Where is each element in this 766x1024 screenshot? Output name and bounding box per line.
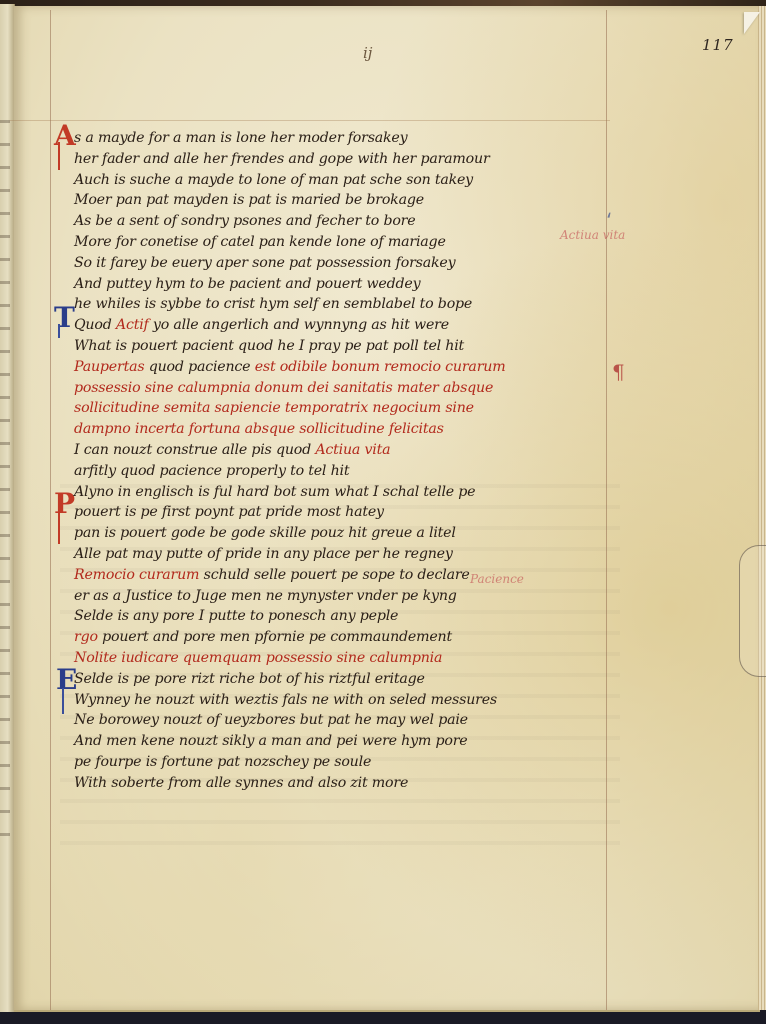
rubric: Nolite iudicare quemquam possessio sine … — [74, 650, 442, 666]
text-line: s a mayde for a man is lone her moder fo… — [74, 128, 734, 149]
manuscript-text-block: s a mayde for a man is lone her moder fo… — [74, 128, 734, 794]
page-fore-edge — [758, 6, 766, 1010]
text-line: And men kene nouzt sikly a man and pei w… — [74, 731, 734, 752]
text-line: Selde is pe pore rizt riche bot of his r… — [74, 669, 734, 690]
manuscript-viewport: ij 117 A T P E Actiua vita ⸲ ¶ Pacience … — [0, 0, 766, 1024]
blue-initial-2-tail — [58, 324, 60, 338]
text-line: Ne borowey nouzt of ueyzbores but pat he… — [74, 710, 734, 731]
page-corner-fold — [744, 12, 760, 34]
folio-number: 117 — [702, 36, 734, 54]
rubric: dampno incerta fortuna absque sollicitud… — [74, 421, 444, 437]
text-line: Selde is any pore I putte to ponesch any… — [74, 606, 734, 627]
text-line: Wynney he nouzt with weztis fals ne with… — [74, 690, 734, 711]
text-line: What is pouert pacient quod he I pray pe… — [74, 336, 734, 357]
text-line: Alle pat may putte of pride in any place… — [74, 544, 734, 565]
red-initial-1-tail — [58, 142, 60, 170]
text-line: possessio sine calumpnia donum dei sanit… — [74, 378, 734, 399]
rubric: Remocio curarum — [74, 567, 199, 583]
blue-initial-4-tail — [62, 688, 64, 714]
rubric: Paupertas — [74, 359, 144, 375]
rubric: Actiua vita — [315, 442, 390, 458]
text-line: pe fourpe is fortune pat nozschey pe sou… — [74, 752, 734, 773]
text-line: Moer pan pat mayden is pat is maried be … — [74, 190, 734, 211]
page-clip-holder — [739, 545, 766, 677]
book-binding-bottom — [0, 1012, 766, 1024]
text-line: Alyno in englisch is ful hard bot sum wh… — [74, 482, 734, 503]
text-line: arfitly quod pacience properly to tel hi… — [74, 461, 734, 482]
text-line: pouert is pe first poynt pat pride most … — [74, 502, 734, 523]
text-line: er as a Justice to Juge men ne mynyster … — [74, 586, 734, 607]
text-line: Quod Actif yo alle angerlich and wynnyng… — [74, 315, 734, 336]
text-line: And puttey hym to be pacient and pouert … — [74, 274, 734, 295]
previous-leaf-ink — [0, 120, 10, 840]
text-line: More for conetise of catel pan kende lon… — [74, 232, 734, 253]
text-line: Auch is suche a mayde to lone of man pat… — [74, 170, 734, 191]
rubric: rgo — [74, 629, 98, 645]
text-line: Remocio curarum schuld selle pouert pe s… — [74, 565, 734, 586]
rubric: possessio sine calumpnia donum dei sanit… — [74, 380, 493, 396]
text-line: her fader and alle her frendes and gope … — [74, 149, 734, 170]
text-line: he whiles is sybbe to crist hym self en … — [74, 294, 734, 315]
text-line: Paupertas quod pacience est odibile bonu… — [74, 357, 734, 378]
red-initial-3-tail — [58, 510, 60, 544]
text-line: With soberte from alle synnes and also z… — [74, 773, 734, 794]
text-line: I can nouzt construe alle pis quod Actiu… — [74, 440, 734, 461]
rubric: Actif — [116, 317, 149, 333]
text-line: As be a sent of sondry psones and fecher… — [74, 211, 734, 232]
text-line: pan is pouert gode be gode skille pouz h… — [74, 523, 734, 544]
text-line: dampno incerta fortuna absque sollicitud… — [74, 419, 734, 440]
text-line: sollicitudine semita sapiencie temporatr… — [74, 398, 734, 419]
text-line: rgo pouert and pore men pfornie pe comma… — [74, 627, 734, 648]
rubric: est odibile bonum remocio curarum — [255, 359, 506, 375]
text-line: Nolite iudicare quemquam possessio sine … — [74, 648, 734, 669]
rubric: sollicitudine semita sapiencie temporatr… — [74, 400, 474, 416]
ruling-line-left — [50, 10, 51, 1010]
quire-signature-mark: ij — [363, 44, 372, 62]
ruling-line-top — [10, 120, 610, 121]
text-line: So it farey be euery aper sone pat posse… — [74, 253, 734, 274]
